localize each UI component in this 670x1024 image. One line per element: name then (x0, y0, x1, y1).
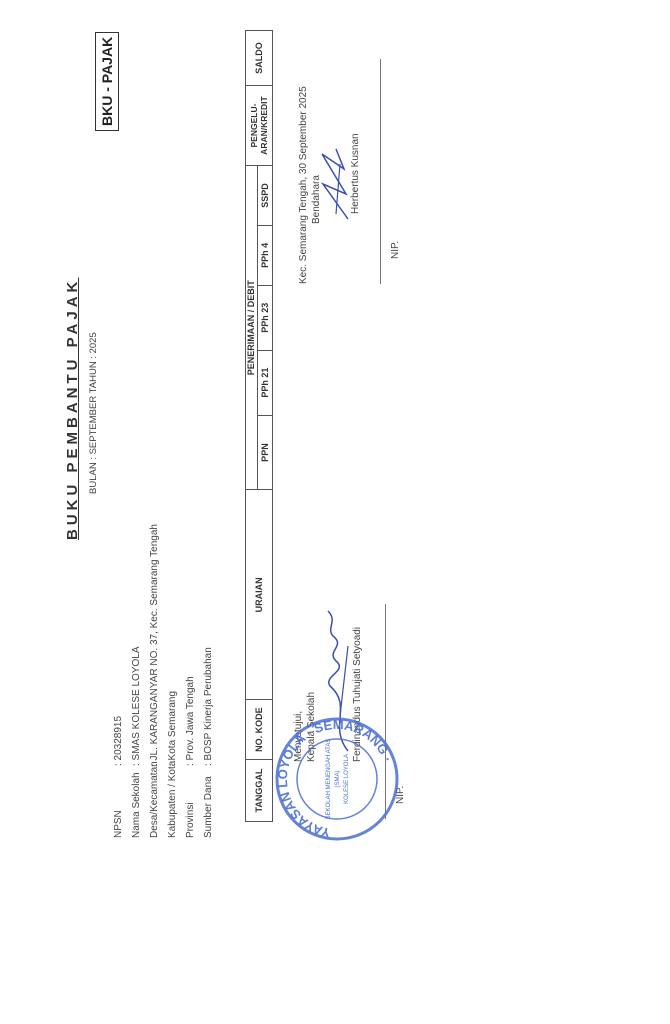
info-label-city: Kabupaten / Kota (167, 761, 178, 838)
col-header-no-kode: NO. KODE (246, 700, 273, 760)
col-header-pph23: PPh 23 (258, 285, 273, 350)
info-label-district: Desa/Kecamatan (149, 761, 160, 838)
info-value-province: : Prov. Jawa Tengah (185, 676, 196, 766)
info-value-district: : JL. KARANGANYAR NO. 37, Kec. Semarang … (149, 524, 160, 766)
info-value-fund-source: : BOSP Kinerja Perubahan (203, 647, 214, 766)
document-page: BKU - PAJAK BUKU PEMBANTU PAJAK BULAN : … (0, 0, 670, 1024)
col-header-sspd: SSPD (258, 166, 273, 226)
col-header-uraian: URAIAN (246, 490, 273, 700)
tax-ledger-table: TANGGAL NO. KODE URAIAN PENERIMAAN / DEB… (245, 30, 273, 822)
col-header-pengeluaran: PENGELU-ARAN/KREDIT (246, 86, 273, 166)
svg-text:(SMA): (SMA) (335, 771, 341, 788)
info-value-npsn: : 20328915 (113, 716, 124, 766)
col-header-pph4: PPh 4 (258, 225, 273, 285)
col-header-penerimaan: PENERIMAAN / DEBIT (246, 166, 258, 490)
info-value-school-name: : SMAS KOLESE LOYOLA (131, 647, 142, 767)
info-label-fund-source: Sumber Dana (203, 776, 214, 838)
info-value-city: : Kota Semarang (167, 691, 178, 766)
document-badge: BKU - PAJAK (95, 32, 119, 131)
col-header-pph21: PPh 21 (258, 350, 273, 415)
place-date: Kec. Semarang Tengah, 30 September 2025 (298, 86, 309, 284)
info-label-npsn: NPSN (113, 810, 124, 838)
treasurer-nip: NIP. (390, 241, 401, 259)
treasurer-signature-line (380, 59, 381, 284)
treasurer-name: Herbertus Kusnan (350, 133, 361, 214)
col-header-ppn: PPN (258, 415, 273, 490)
svg-text:SEKOLAH MENENGAH ATAS: SEKOLAH MENENGAH ATAS (326, 739, 332, 820)
info-label-province: Provinsi (185, 802, 196, 838)
col-header-tanggal: TANGGAL (246, 760, 273, 822)
page-title: BUKU PEMBANTU PAJAK (64, 278, 81, 540)
svg-text:KOLESE LOYOLA: KOLESE LOYOLA (344, 754, 350, 804)
info-label-school-name: Nama Sekolah (131, 772, 142, 838)
school-stamp-icon: YAYASAN LOYOLA · SEMARANG · SEKOLAH MENE… (272, 714, 402, 844)
treasurer-signature-icon (318, 144, 354, 224)
col-header-saldo: SALDO (246, 31, 273, 86)
page-subtitle: BULAN : SEPTEMBER TAHUN : 2025 (88, 332, 99, 494)
